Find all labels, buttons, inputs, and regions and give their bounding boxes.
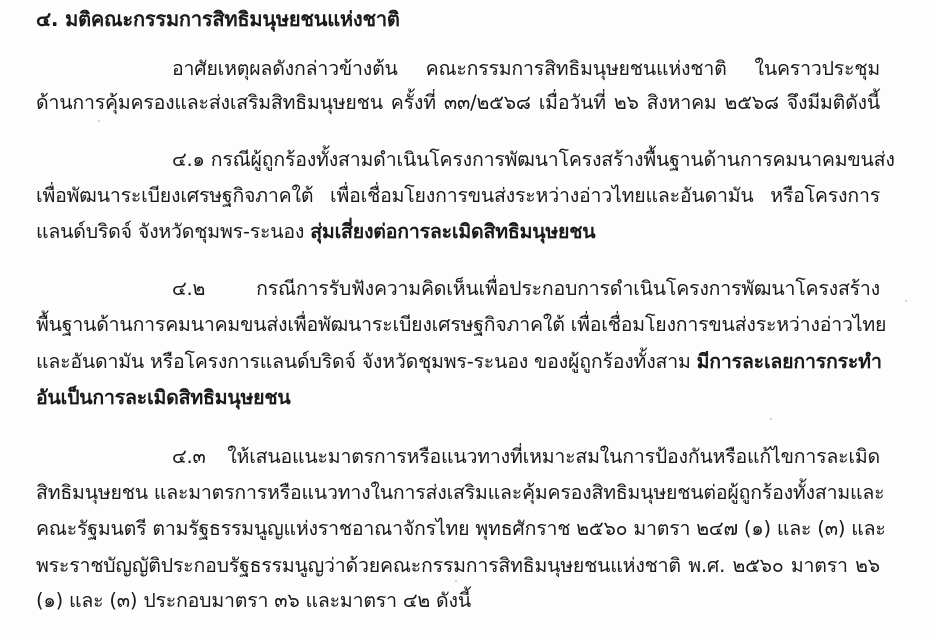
finding-bold-text: มีการละเลยการกระทำ (697, 350, 882, 373)
paragraph-4-2-line-2: พื้นฐานด้านการคมนาคมขนส่งเพื่อพัฒนาระเบี… (36, 308, 880, 342)
paragraph-4-2-line-3: และอันดามัน หรือโครงการแลนด์บริดจ์ จังหว… (36, 345, 880, 379)
plain-text: แลนด์บริดจ์ จังหวัดชุมพร-ระนอง (36, 220, 310, 243)
section-heading: ๔. มติคณะกรรมการสิทธิมนุษยชนแห่งชาติ (36, 2, 400, 36)
paragraph-4-1-line-1: ๔.๑ กรณีผู้ถูกร้องทั้งสามดำเนินโครงการพั… (172, 143, 880, 177)
finding-bold-text: อันเป็นการละเมิดสิทธิมนุษยชน (36, 386, 291, 409)
plain-text: และอันดามัน หรือโครงการแลนด์บริดจ์ จังหว… (36, 350, 697, 373)
scan-speck (905, 300, 907, 302)
paragraph-4-2-line-4: อันเป็นการละเมิดสิทธิมนุษยชน (36, 381, 880, 415)
paragraph-4-3-line-1: ๔.๓ ให้เสนอแนะมาตรการหรือแนวทางที่เหมาะส… (172, 440, 880, 474)
paragraph-4-1-line-2: เพื่อพัฒนาระเบียงเศรษฐกิจภาคใต้ เพื่อเชื… (36, 179, 880, 213)
paragraph-4-3-line-3: คณะรัฐมนตรี ตามรัฐธรรมนูญแห่งราชอาณาจักร… (36, 512, 880, 546)
paragraph-4-2-line-1: ๔.๒ กรณีการรับฟังความคิดเห็นเพื่อประกอบก… (172, 272, 880, 306)
paragraph-4-3-line-5: (๑) และ (๓) ประกอบมาตรา ๓๖ และมาตรา ๔๒ ด… (36, 584, 880, 618)
paragraph-intro-line-2: ด้านการคุ้มครองและส่งเสริมสิทธิมนุษยชน ค… (36, 86, 880, 120)
scan-speck (455, 580, 457, 582)
scan-speck (98, 120, 100, 122)
paragraph-4-1-line-3: แลนด์บริดจ์ จังหวัดชุมพร-ระนอง สุ่มเสี่ย… (36, 215, 880, 249)
paragraph-4-3-line-2: สิทธิมนุษยชน และมาตรการหรือแนวทางในการส่… (36, 476, 880, 510)
finding-bold-text: สุ่มเสี่ยงต่อการละเมิดสิทธิมนุษยชน (310, 220, 595, 243)
paragraph-4-3-line-4: พระราชบัญญัติประกอบรัฐธรรมนูญว่าด้วยคณะก… (36, 549, 880, 583)
scan-speck (770, 418, 772, 420)
paragraph-intro-line-1: อาศัยเหตุผลดังกล่าวข้างต้น คณะกรรมการสิท… (172, 52, 880, 86)
document-page: ๔. มติคณะกรรมการสิทธิมนุษยชนแห่งชาติ อาศ… (0, 0, 935, 640)
